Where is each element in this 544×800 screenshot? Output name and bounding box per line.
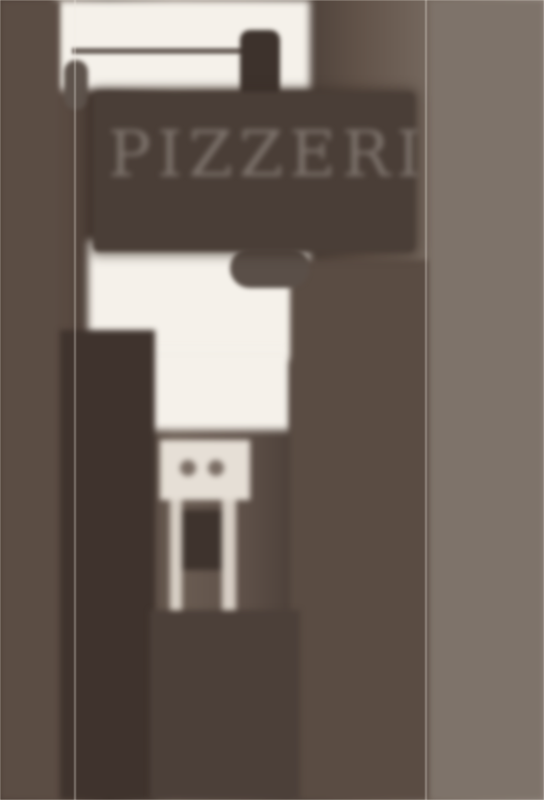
sign-bottom-ornament: [230, 248, 310, 288]
right-wall: [430, 0, 544, 800]
alley-floor: [150, 610, 300, 800]
sky-lower: [140, 350, 290, 430]
right-inner-wall: [290, 260, 430, 800]
distant-building: [160, 440, 250, 610]
film-crease: [425, 0, 427, 800]
sign-text: PIZZERI: [108, 118, 427, 192]
photograph: PIZZERI: [0, 0, 544, 800]
film-crease: [74, 0, 76, 800]
sign-bracket: [240, 30, 280, 100]
sign-finial: [64, 60, 88, 110]
left-wall: [0, 0, 60, 800]
